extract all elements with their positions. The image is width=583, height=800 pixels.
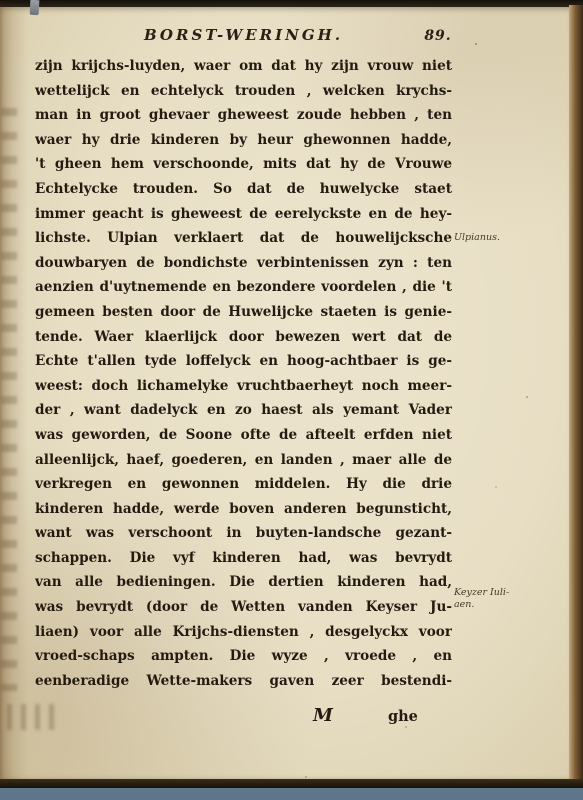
body-text-line: tende. Waer klaerlijck door bewezen wert…	[35, 325, 452, 350]
body-text-line: kinderen hadde, werde boven anderen begu…	[35, 497, 452, 522]
body-text-line: aenzien d'uytnemende en bezondere voorde…	[35, 275, 452, 300]
bleedthrough-ghost-text	[1, 101, 17, 691]
page-number: 89.	[418, 28, 458, 44]
body-text-line: was bevrydt (door de Wetten vanden Keyse…	[35, 595, 452, 620]
body-text-line: weest: doch lichamelyke vruchtbaerheyt n…	[35, 374, 452, 399]
body-text-line: wettelijck en echtelyck trouden , welcke…	[35, 79, 452, 104]
body-text-line: Echte t'allen tyde loffelyck en hoog-ach…	[35, 349, 452, 374]
body-text-line: want was verschoont in buyten-landsche g…	[35, 521, 452, 546]
body-text-line: van alle bedieningen. Die dertien kinder…	[35, 570, 452, 595]
body-text-line: was geworden, de Soone ofte de afteelt e…	[35, 423, 452, 448]
body-text-line: eenberadige Wette-makers gaven zeer best…	[35, 669, 452, 694]
margin-note-ulpianus: Ulpianus.	[454, 232, 529, 244]
signature-mark: M	[313, 705, 353, 726]
body-text-line: zijn krijchs-luyden, waer om dat hy zijn…	[35, 54, 452, 79]
body-text-line: Echtelycke trouden. So dat de huwelycke …	[35, 177, 452, 202]
body-text: zijn krijchs-luyden, waer om dat hy zijn…	[35, 54, 452, 693]
margin-note-line: Keyzer Iuli-	[454, 587, 529, 599]
body-text-line: immer geacht is gheweest de eerelyckste …	[35, 202, 452, 227]
body-text-line: vroed-schaps ampten. Die wyze , vroede ,…	[35, 644, 452, 669]
body-text-line: alleenlijck, haef, goederen, en landen ,…	[35, 448, 452, 473]
body-text-line: man in groot ghevaer gheweest zoude hebb…	[35, 103, 452, 128]
body-text-line: gemeen besten door de Huwelijcke staeten…	[35, 300, 452, 325]
bleedthrough-ghost-bottom	[3, 704, 61, 730]
book-page: BORST-WERINGH. 89. zijn krijchs-luyden, …	[0, 6, 573, 781]
margin-note-keyzer-iuliaen: Keyzer Iuli- aen.	[454, 587, 529, 610]
running-title: BORST-WERINGH.	[35, 26, 452, 44]
body-text-line: liaen) voor alle Krijchs-diensten , desg…	[35, 620, 452, 645]
body-text-line: lichste. Ulpian verklaert dat de houweli…	[35, 226, 452, 251]
body-text-line: der , want dadelyck en zo haest als yema…	[35, 398, 452, 423]
body-text-line: douwbaryen de bondichste verbintenissen …	[35, 251, 452, 276]
binding-top-edge	[0, 0, 583, 7]
body-text-line: verkregen en gewonnen middelen. Hy die d…	[35, 472, 452, 497]
binding-bottom-edge	[0, 779, 583, 788]
catchword: ghe	[388, 708, 438, 725]
body-text-line: waer hy drie kinderen by heur ghewonnen …	[35, 128, 452, 153]
book-scan: BORST-WERINGH. 89. zijn krijchs-luyden, …	[0, 0, 583, 800]
margin-note-line: aen.	[454, 599, 529, 611]
body-text-line: schappen. Die vyf kinderen had, was bevr…	[35, 546, 452, 571]
page-fore-edge	[569, 5, 583, 783]
body-text-line: 't gheen hem verschoonde, mits dat hy de…	[35, 152, 452, 177]
metal-clip-icon	[30, 0, 40, 15]
